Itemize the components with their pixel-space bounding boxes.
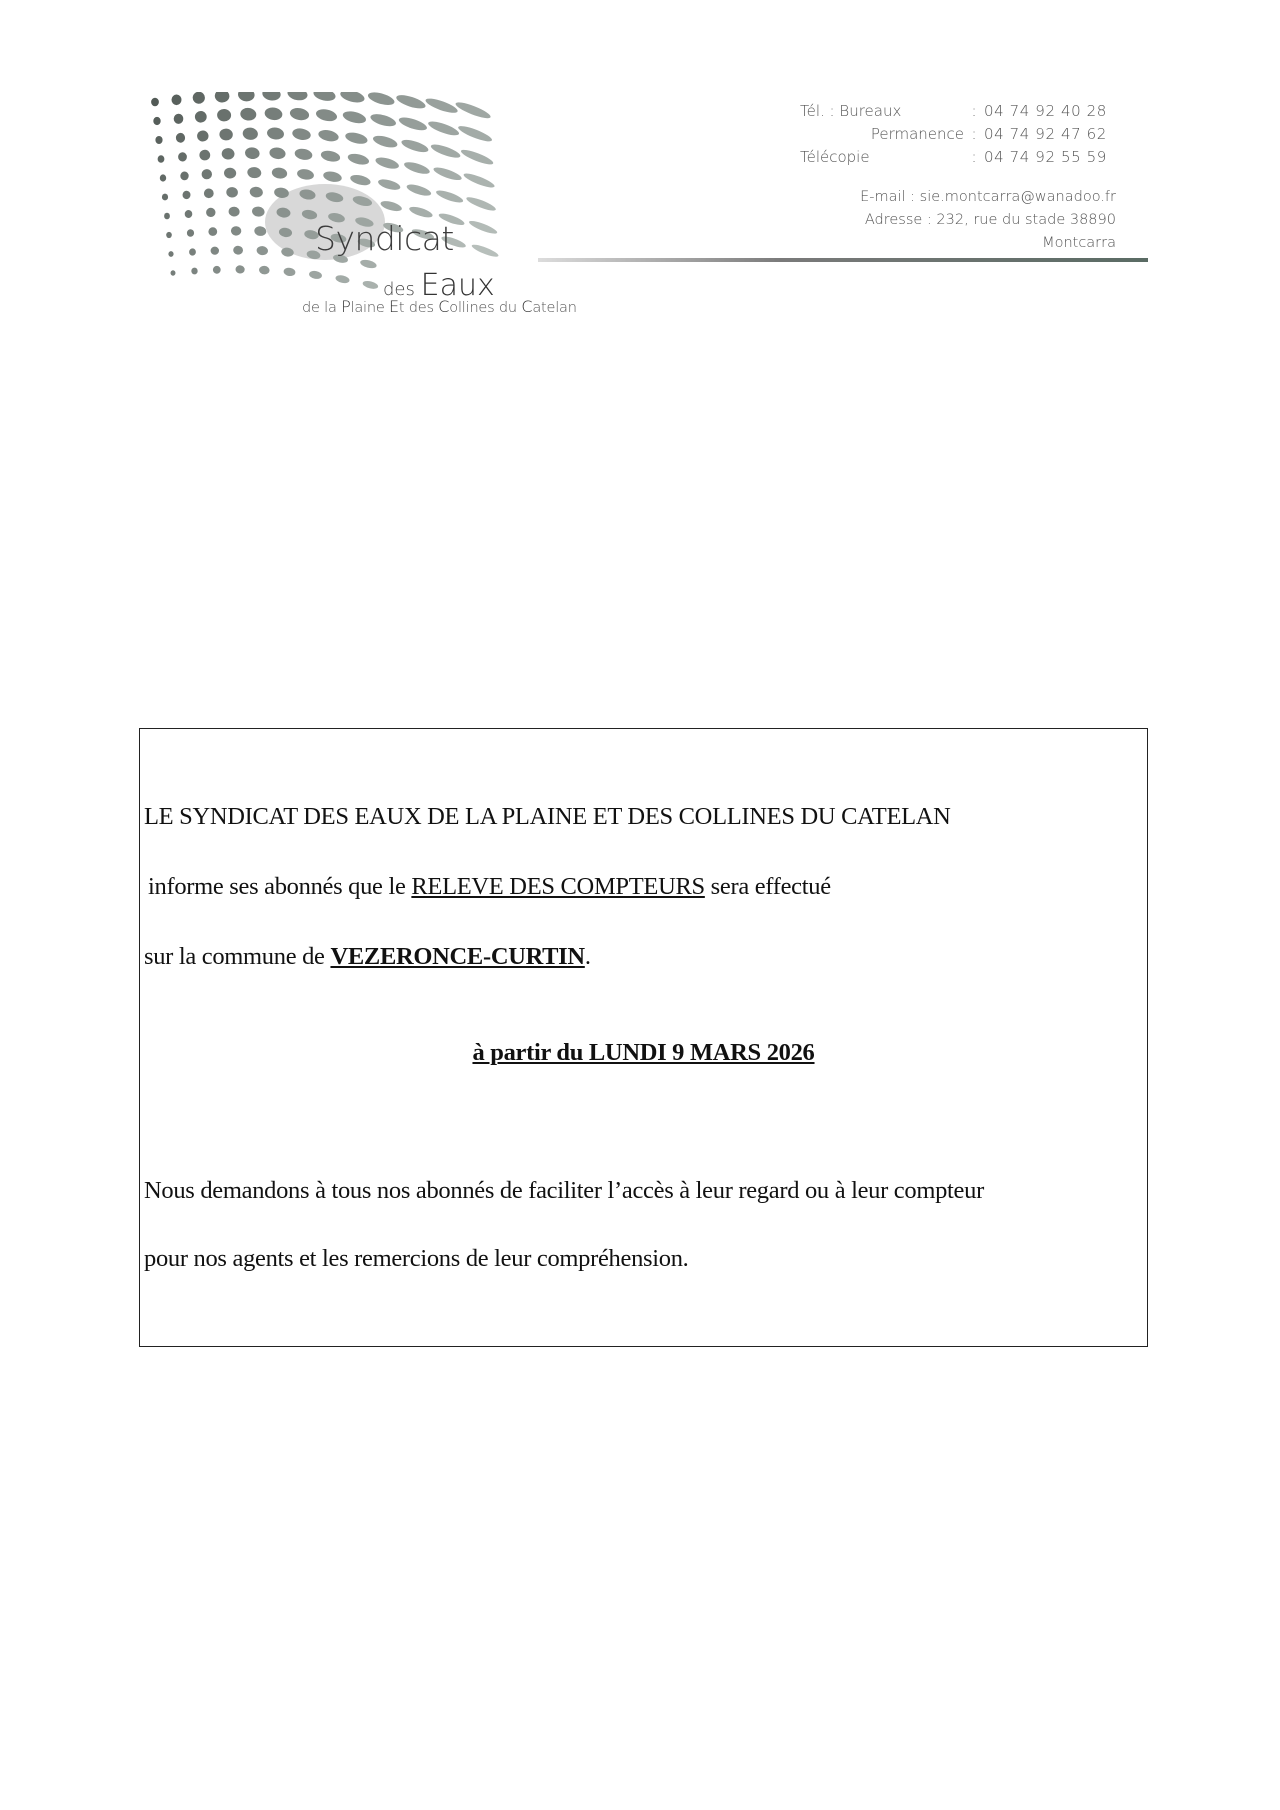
notice-request-line-2: pour nos agents et les remercions de leu…	[144, 1245, 689, 1273]
water-dots-logo-icon	[150, 92, 610, 332]
phone-value: 04 74 92 47 62	[984, 123, 1116, 146]
text: sur la commune de	[144, 943, 330, 970]
text: informe ses abonnés que le	[148, 873, 411, 900]
notice-date: à partir du LUNDI 9 MARS 2026	[140, 1039, 1147, 1067]
logo-tagline: de la Plaine Et des Collines du Catelan	[302, 297, 577, 316]
email-line: E-mail : sie.montcarra@wanadoo.fr	[800, 186, 1116, 209]
email-label: E-mail :	[860, 189, 915, 205]
address-value: 232, rue du stade 38890 Montcarra	[936, 212, 1116, 251]
separator: :	[964, 123, 984, 146]
phone-label: Permanence	[800, 123, 964, 146]
text: .	[585, 943, 591, 970]
fax-value: 04 74 92 55 59	[984, 146, 1116, 169]
meter-reading-emphasis: RELEVE DES COMPTEURS	[411, 873, 704, 900]
phone-value: 04 74 92 40 28	[984, 100, 1116, 123]
address-label: Adresse :	[865, 212, 932, 228]
notice-commune-line: sur la commune de VEZERONCE-CURTIN.	[144, 943, 591, 971]
syndicat-logo: Syndicat des Eaux de la Plaine Et des Co…	[150, 92, 610, 332]
text: sera effectué	[705, 873, 831, 900]
notice-title: LE SYNDICAT DES EAUX DE LA PLAINE ET DES…	[144, 803, 951, 831]
phone-permanence: Permanence : 04 74 92 47 62	[800, 123, 1116, 146]
commune-name: VEZERONCE-CURTIN	[330, 943, 584, 970]
notice-request-line-1: Nous demandons à tous nos abonnés de fac…	[144, 1177, 984, 1205]
separator: :	[964, 146, 984, 169]
fax: Télécopie : 04 74 92 55 59	[800, 146, 1116, 169]
phone-bureaux: Tél. : Bureaux : 04 74 92 40 28	[800, 100, 1116, 123]
email-link[interactable]: sie.montcarra@wanadoo.fr	[920, 189, 1116, 205]
notice-info-line: informe ses abonnés que le RELEVE DES CO…	[148, 873, 831, 901]
separator: :	[964, 100, 984, 123]
logo-title: Syndicat	[315, 219, 454, 258]
header-divider	[538, 258, 1148, 262]
phone-label: Tél. : Bureaux	[800, 100, 964, 123]
notice-box: LE SYNDICAT DES EAUX DE LA PLAINE ET DES…	[139, 728, 1148, 1347]
address-line: Adresse : 232, rue du stade 38890 Montca…	[800, 209, 1116, 255]
contact-block: Tél. : Bureaux : 04 74 92 40 28 Permanen…	[800, 100, 1116, 255]
fax-label: Télécopie	[800, 146, 964, 169]
